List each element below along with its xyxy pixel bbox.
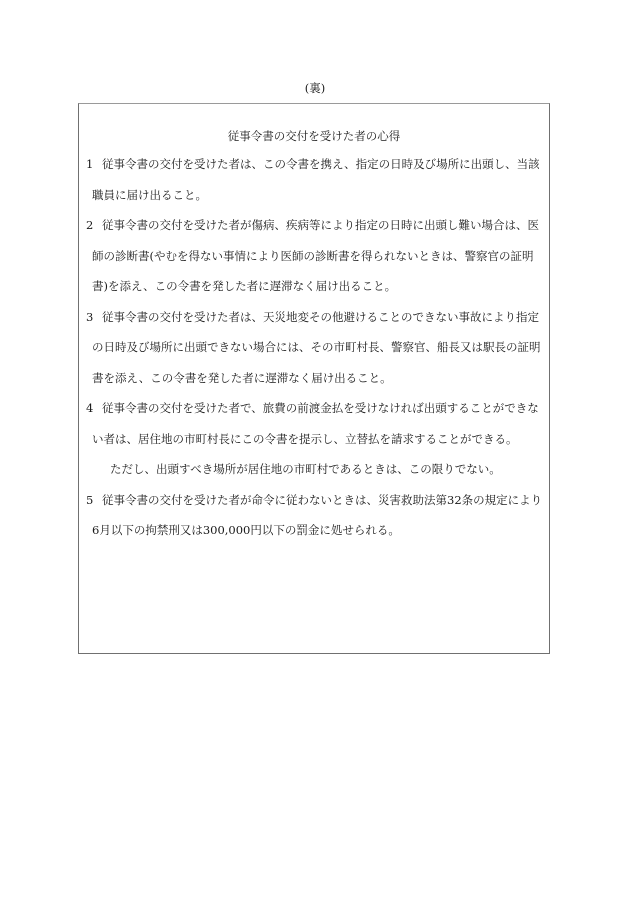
item-number: 5 [86, 492, 93, 508]
item-number: 1 [86, 156, 93, 172]
item-text-line: い者は、居住地の市町村長にこの令書を提示し、立替払を請求することができる。 [92, 431, 518, 447]
item-text-line: 職員に届け出ること。 [92, 187, 207, 203]
instruction-item-1: 1 従事令書の交付を受けた者は、この令書を携え、指定の日時及び場所に出頭し、当該… [79, 156, 549, 217]
page-side-label: (裏) [0, 80, 630, 96]
instruction-item-5: 5 従事令書の交付を受けた者が命令に従わないときは、災害救助法第32条の規定によ… [79, 492, 549, 553]
item-text-line: 書を添え、この令書を発した者に遅滞なく届け出ること。 [92, 370, 392, 386]
item-text-line: 師の診断書(やむを得ない事情により医師の診断書を得られないときは、警察官の証明 [92, 248, 533, 264]
instructions-list: 1 従事令書の交付を受けた者は、この令書を携え、指定の日時及び場所に出頭し、当該… [79, 156, 549, 553]
item-text-line: 6月以下の拘禁刑又は300,000円以下の罰金に処せられる。 [92, 522, 400, 538]
instruction-item-3: 3 従事令書の交付を受けた者は、天災地変その他避けることのできない事故により指定… [79, 309, 549, 401]
item-number: 2 [86, 217, 93, 233]
item-text-line: 従事令書の交付を受けた者で、旅費の前渡金払を受けなければ出頭することができな [102, 400, 539, 416]
item-text-line: 従事令書の交付を受けた者が傷病、疾病等により指定の日時に出頭し難い場合は、医 [102, 217, 539, 233]
item-text-line: 従事令書の交付を受けた者は、この令書を携え、指定の日時及び場所に出頭し、当該 [102, 156, 540, 172]
instruction-item-2: 2 従事令書の交付を受けた者が傷病、疾病等により指定の日時に出頭し難い場合は、医… [79, 217, 549, 309]
item-number: 3 [86, 309, 93, 325]
instruction-item-4: 4 従事令書の交付を受けた者で、旅費の前渡金払を受けなければ出頭することができな… [79, 400, 549, 492]
instructions-title: 従事令書の交付を受けた者の心得 [79, 128, 549, 144]
item-text-line: の日時及び場所に出頭できない場合には、その市町村長、警察官、船長又は駅長の証明 [92, 339, 541, 355]
item-text-line: 従事令書の交付を受けた者が命令に従わないときは、災害救助法第32条の規定により [102, 492, 542, 508]
item-proviso: ただし、出頭すべき場所が居住地の市町村であるときは、この限りでない。 [110, 461, 501, 477]
item-text-line: 従事令書の交付を受けた者は、天災地変その他避けることのできない事故により指定 [102, 309, 539, 325]
item-number: 4 [86, 400, 93, 416]
instructions-box: 従事令書の交付を受けた者の心得 1 従事令書の交付を受けた者は、この令書を携え、… [78, 103, 550, 654]
item-text-line: 書)を添え、この令書を発した者に遅滞なく届け出ること。 [92, 278, 396, 294]
